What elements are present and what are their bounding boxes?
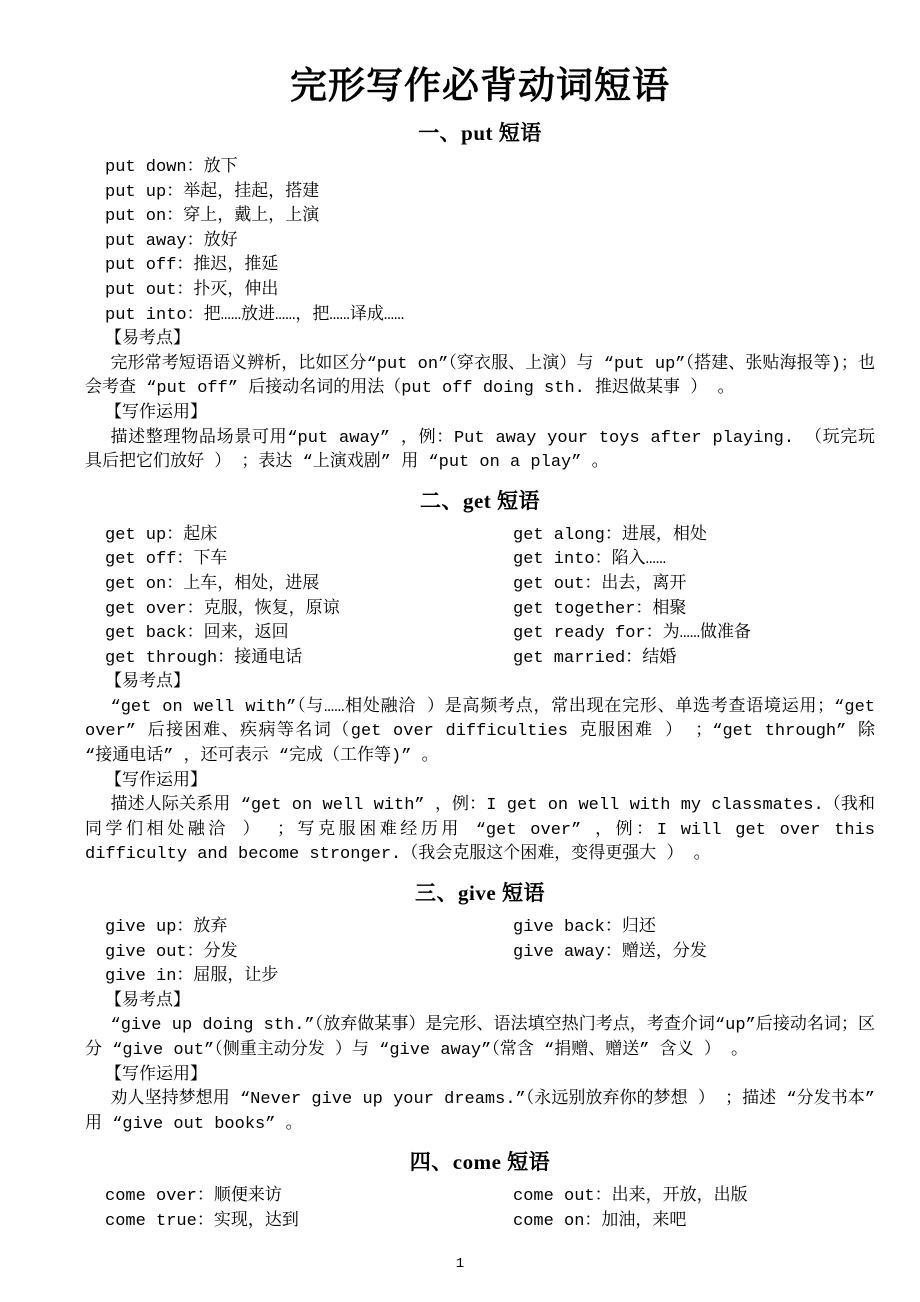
phrase-item: give out：分发 — [105, 941, 513, 966]
writing-use-label: 【写作运用】 — [105, 770, 875, 795]
phrase-item: give up：放弃 — [105, 916, 513, 941]
phrase-item: put down：放下 — [105, 156, 875, 181]
writing-use-text: 劝人坚持梦想用 “Never give up your dreams.”（永远别… — [85, 1088, 875, 1137]
document-title: 完形写作必背动词短语 — [85, 64, 875, 108]
phrase-item: come on：加油，来吧 — [513, 1210, 875, 1235]
phrase-item: get back：回来，返回 — [105, 622, 513, 647]
phrase-item: get up：起床 — [105, 524, 513, 549]
phrase-list-put: put down：放下 put up：举起，挂起，搭建 put on：穿上，戴上… — [105, 156, 875, 328]
phrase-item: give away：赠送，分发 — [513, 941, 875, 966]
phrase-item: get out：出去，离开 — [513, 573, 875, 598]
exam-point-label: 【易考点】 — [105, 990, 875, 1015]
phrase-item: get through：接通电话 — [105, 647, 513, 672]
phrase-item: put away：放好 — [105, 230, 875, 255]
phrase-grid-come: come over：顺便来访 come out：出来，开放，出版 come tr… — [105, 1185, 875, 1234]
phrase-item: get married：结婚 — [513, 647, 875, 672]
phrase-grid-give: give up：放弃 give back：归还 give out：分发 give… — [105, 916, 875, 990]
phrase-item: come true：实现，达到 — [105, 1210, 513, 1235]
phrase-item: give back：归还 — [513, 916, 875, 941]
section-give: 三、give 短语 give up：放弃 give back：归还 give o… — [85, 880, 875, 1137]
exam-point-label: 【易考点】 — [105, 671, 875, 696]
section-heading-put: 一、put 短语 — [85, 120, 875, 146]
phrase-item: put off：推迟，推延 — [105, 254, 875, 279]
exam-point-text: 完形常考短语语义辨析，比如区分“put on”（穿衣服、上演）与 “put up… — [85, 353, 875, 402]
document-page: 完形写作必背动词短语 一、put 短语 put down：放下 put up：举… — [0, 0, 920, 1302]
phrase-item: get together：相聚 — [513, 598, 875, 623]
exam-point-text: “give up doing sth.”（放弃做某事）是完形、语法填空热门考点，… — [85, 1014, 875, 1063]
section-heading-come: 四、come 短语 — [85, 1149, 875, 1175]
phrase-item: give in：屈服，让步 — [105, 965, 513, 990]
section-get: 二、get 短语 get up：起床 get along：进展，相处 get o… — [85, 488, 875, 868]
phrase-item: get off：下车 — [105, 548, 513, 573]
phrase-item: get along：进展，相处 — [513, 524, 875, 549]
section-heading-give: 三、give 短语 — [85, 880, 875, 906]
exam-point-text: “get on well with”（与……相处融洽 ）是高频考点，常出现在完形… — [85, 696, 875, 770]
phrase-item: put on：穿上，戴上，上演 — [105, 205, 875, 230]
section-heading-get: 二、get 短语 — [85, 488, 875, 514]
phrase-item: put out：扑灭，伸出 — [105, 279, 875, 304]
phrase-item: get into：陷入…… — [513, 548, 875, 573]
phrase-item: put into：把……放进……，把……译成…… — [105, 304, 875, 329]
section-come: 四、come 短语 come over：顺便来访 come out：出来，开放，… — [85, 1149, 875, 1234]
writing-use-text: 描述整理物品场景可用“put away” ，例：Put away your to… — [85, 427, 875, 476]
phrase-item: come over：顺便来访 — [105, 1185, 513, 1210]
phrase-item: get ready for：为……做准备 — [513, 622, 875, 647]
phrase-item: come out：出来，开放，出版 — [513, 1185, 875, 1210]
page-number: 1 — [0, 1256, 920, 1272]
writing-use-label: 【写作运用】 — [105, 402, 875, 427]
section-put: 一、put 短语 put down：放下 put up：举起，挂起，搭建 put… — [85, 120, 875, 476]
writing-use-text: 描述人际关系用 “get on well with” ，例：I get on w… — [85, 794, 875, 868]
phrase-item: get on：上车，相处，进展 — [105, 573, 513, 598]
phrase-grid-get: get up：起床 get along：进展，相处 get off：下车 get… — [105, 524, 875, 672]
phrase-item: get over：克服，恢复，原谅 — [105, 598, 513, 623]
phrase-item: put up：举起，挂起，搭建 — [105, 181, 875, 206]
phrase-item — [513, 965, 875, 990]
exam-point-label: 【易考点】 — [105, 328, 875, 353]
writing-use-label: 【写作运用】 — [105, 1064, 875, 1089]
